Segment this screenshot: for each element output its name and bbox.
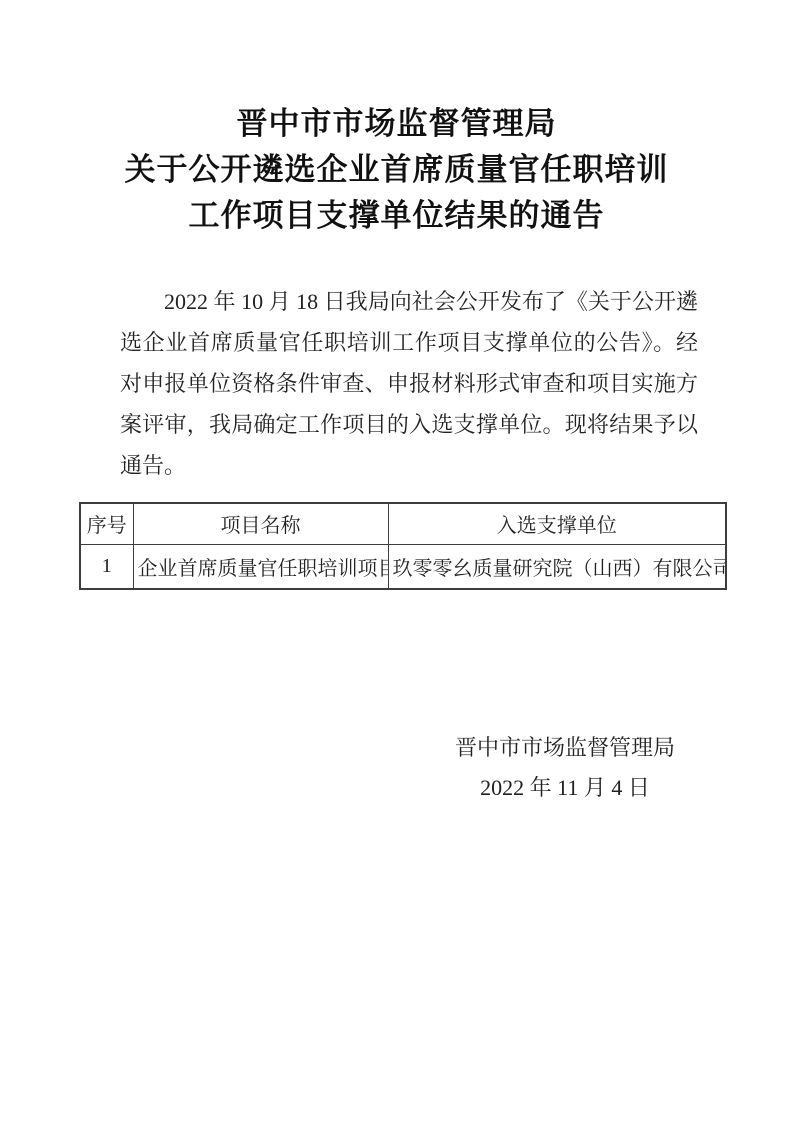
results-table: 序号 项目名称 入选支撑单位 1 企业首席质量官任职培训项目 玖零零幺质量研究院…: [79, 502, 727, 590]
table-header-row: 序号 项目名称 入选支撑单位: [80, 503, 726, 544]
title-line-2: 关于公开遴选企业首席质量官任职培训: [0, 147, 793, 193]
signature-date: 2022 年 11 月 4 日: [400, 768, 730, 808]
header-seq-no: 序号: [80, 503, 133, 544]
table-row: 1 企业首席质量官任职培训项目 玖零零幺质量研究院（山西）有限公司: [80, 544, 726, 589]
cell-selected-unit: 玖零零幺质量研究院（山西）有限公司: [388, 544, 726, 589]
header-selected-unit: 入选支撑单位: [388, 503, 726, 544]
cell-seq-no: 1: [80, 544, 133, 589]
body-paragraph: 2022 年 10 月 18 日我局向社会公开发布了《关于公开遴 选企业首席质量…: [120, 281, 698, 486]
body-line: 2022 年 10 月 18 日我局向社会公开发布了《关于公开遴: [120, 281, 698, 322]
title-line-3: 工作项目支撑单位结果的通告: [0, 193, 793, 239]
header-project-name: 项目名称: [133, 503, 388, 544]
title-line-1: 晋中市市场监督管理局: [0, 101, 793, 147]
body-line: 选企业首席质量官任职培训工作项目支撑单位的公告》。经: [120, 322, 698, 363]
document-title: 晋中市市场监督管理局 关于公开遴选企业首席质量官任职培训 工作项目支撑单位结果的…: [0, 101, 793, 239]
body-line: 对申报单位资格条件审查、申报材料形式审查和项目实施方: [120, 363, 698, 404]
document-page: 晋中市市场监督管理局 关于公开遴选企业首席质量官任职培训 工作项目支撑单位结果的…: [0, 0, 793, 1122]
body-line: 通告。: [120, 445, 698, 486]
signature-org: 晋中市市场监督管理局: [400, 728, 730, 768]
cell-project-name: 企业首席质量官任职培训项目: [133, 544, 388, 589]
body-line: 案评审，我局确定工作项目的入选支撑单位。现将结果予以: [120, 404, 698, 445]
signature-block: 晋中市市场监督管理局 2022 年 11 月 4 日: [400, 728, 730, 808]
